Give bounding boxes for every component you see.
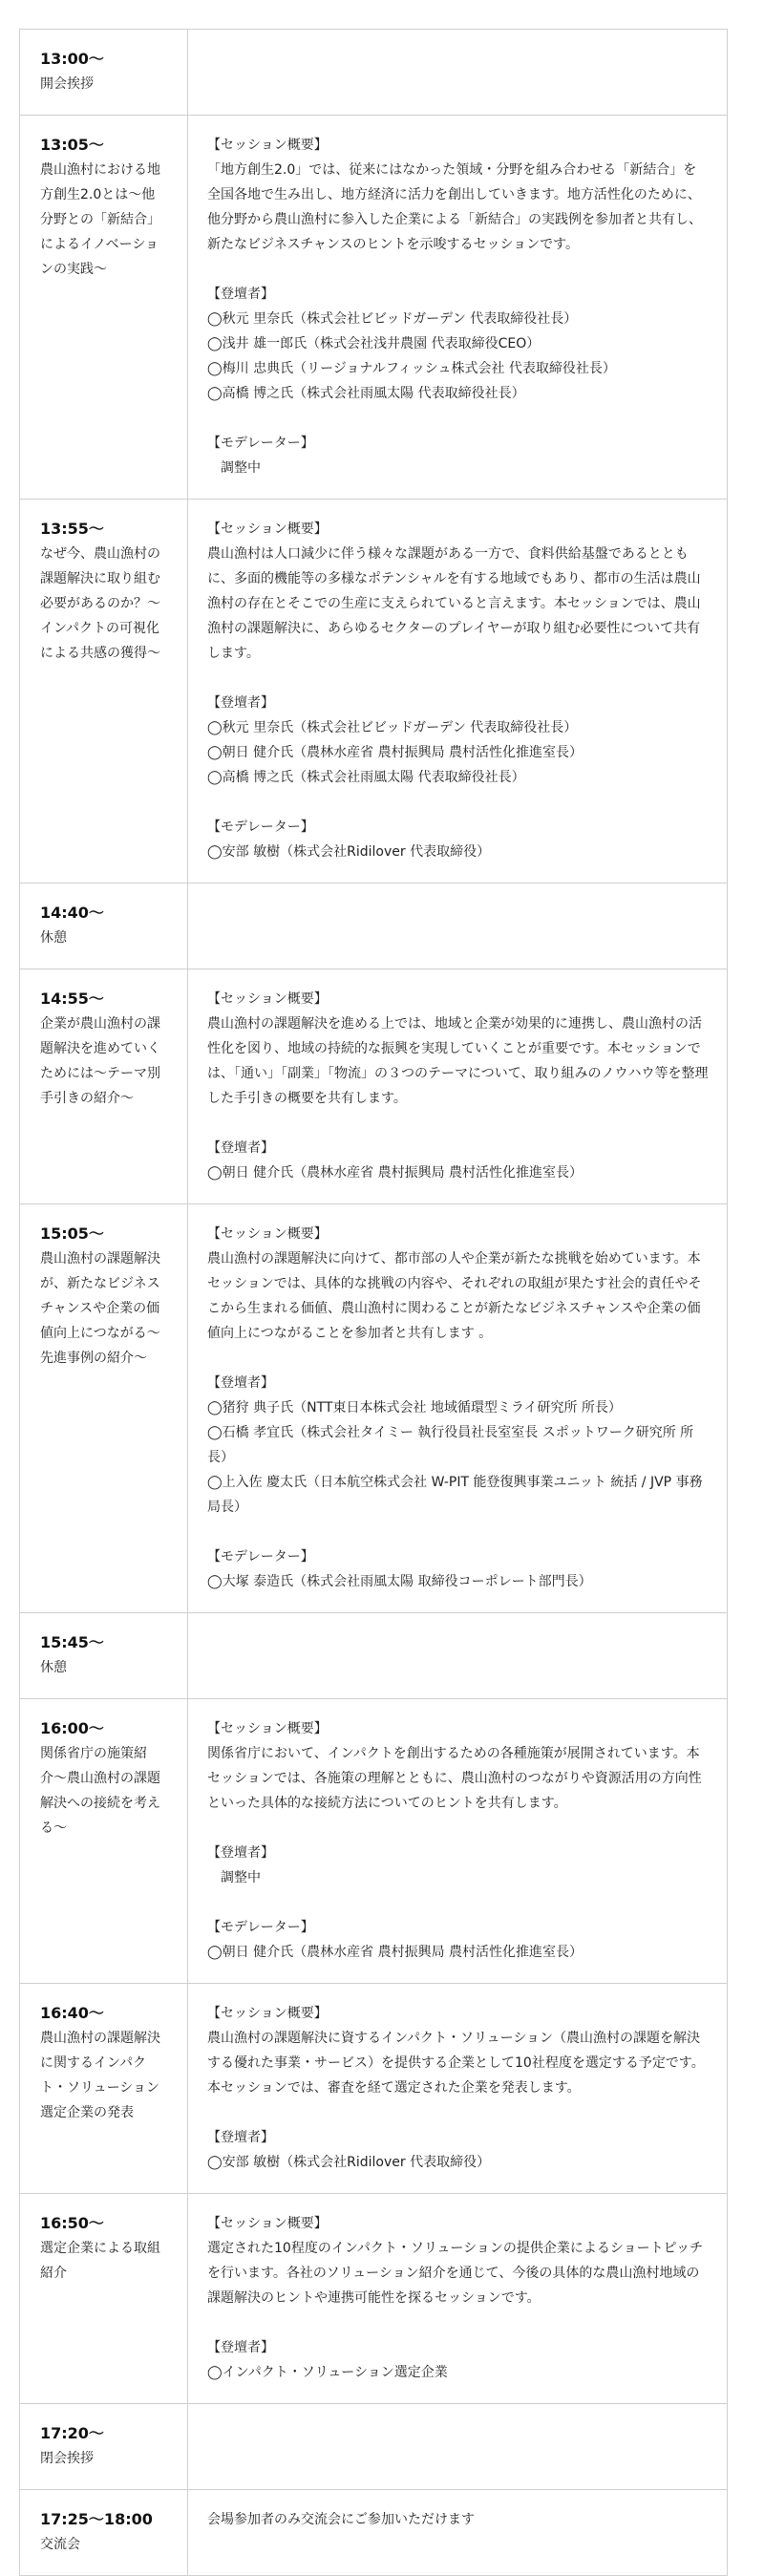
schedule-row: 17:20〜 閉会挨拶 xyxy=(20,2404,728,2490)
detail-cell: 【セッション概要】 農山漁村の課題解決に資するインパクト・ソリューション（農山漁… xyxy=(188,1984,728,2194)
session-time: 14:40〜 xyxy=(40,901,168,926)
session-time: 13:55〜 xyxy=(40,517,168,542)
session-time: 16:00〜 xyxy=(40,1716,168,1741)
detail-cell xyxy=(188,884,728,969)
session-time: 13:05〜 xyxy=(40,133,168,158)
spacer xyxy=(207,1816,710,1841)
program-schedule-table: 13:00〜 開会挨拶 13:05〜 農山漁村における地方創生2.0とは〜他分野… xyxy=(19,29,728,2576)
spacer xyxy=(207,406,710,431)
time-cell: 13:55〜 なぜ今、農山漁村の課題解決に取り組む必要があるのか？〜インパクトの… xyxy=(20,500,188,884)
speakers-heading: 【登壇者】 xyxy=(207,2335,710,2360)
moderator-heading: 【モデレーター】 xyxy=(207,1544,710,1569)
speaker: ◯梅川 忠典氏（リージョナルフィッシュ株式会社 代表取締役社長） xyxy=(207,356,710,381)
summary-heading: 【セッション概要】 xyxy=(207,517,710,542)
summary-heading: 【セッション概要】 xyxy=(207,133,710,158)
time-cell: 14:55〜 企業が農山漁村の課題解決を進めていくためには〜テーマ別手引きの紹介… xyxy=(20,969,188,1204)
moderator-pending: 調整中 xyxy=(207,456,710,480)
session-summary: 農山漁村は人口減少に伴う様々な課題がある一方で、食料供給基盤であるとともに、多面… xyxy=(207,542,710,666)
session-note: 会場参加者のみ交流会にご参加いただけます xyxy=(207,2507,710,2532)
moderator-heading: 【モデレーター】 xyxy=(207,815,710,840)
session-summary: 選定された10程度のインパクト・ソリューションの提供企業によるショートピッチを行… xyxy=(207,2236,710,2310)
moderator-heading: 【モデレーター】 xyxy=(207,431,710,456)
speaker: ◯朝日 健介氏（農林水産省 農村振興局 農村活性化推進室長） xyxy=(207,1160,710,1185)
session-summary: 「地方創生2.0」では、従来にはなかった領域・分野を組み合わせる「新結合」を全国… xyxy=(207,158,710,257)
detail-cell: 【セッション概要】 「地方創生2.0」では、従来にはなかった領域・分野を組み合わ… xyxy=(188,116,728,500)
speakers-heading: 【登壇者】 xyxy=(207,2125,710,2150)
spacer xyxy=(207,1520,710,1544)
speaker: ◯上入佐 慶太氏（日本航空株式会社 W-PIT 能登復興事業ユニット 統括 / … xyxy=(207,1470,710,1520)
moderator: ◯安部 敏樹（株式会社Ridilover 代表取締役） xyxy=(207,840,710,864)
spacer xyxy=(207,1111,710,1136)
session-title: 交流会 xyxy=(40,2532,168,2557)
session-title: 農山漁村における地方創生2.0とは〜他分野との「新結合」によるイノベーションの実… xyxy=(40,158,168,282)
detail-cell xyxy=(188,1613,728,1699)
session-time: 16:40〜 xyxy=(40,2001,168,2026)
schedule-row: 13:05〜 農山漁村における地方創生2.0とは〜他分野との「新結合」によるイノ… xyxy=(20,116,728,500)
summary-heading: 【セッション概要】 xyxy=(207,2001,710,2026)
session-title: 企業が農山漁村の課題解決を進めていくためには〜テーマ別手引きの紹介〜 xyxy=(40,1011,168,1111)
session-summary: 関係省庁において、インパクトを創出するための各種施策が展開されています。本セッシ… xyxy=(207,1741,710,1816)
session-title: 選定企業による取組紹介 xyxy=(40,2236,168,2286)
speaker: ◯高橋 博之氏（株式会社雨風太陽 代表取締役社長） xyxy=(207,765,710,790)
detail-cell: 会場参加者のみ交流会にご参加いただけます xyxy=(188,2490,728,2576)
schedule-row: 16:50〜 選定企業による取組紹介 【セッション概要】 選定された10程度のイ… xyxy=(20,2194,728,2404)
schedule-row: 13:55〜 なぜ今、農山漁村の課題解決に取り組む必要があるのか？〜インパクトの… xyxy=(20,500,728,884)
time-cell: 16:00〜 関係省庁の施策紹介〜農山漁村の課題解決への接続を考える〜 xyxy=(20,1699,188,1984)
spacer xyxy=(207,2100,710,2125)
speaker-pending: 調整中 xyxy=(207,1865,710,1890)
schedule-row: 14:40〜 休憩 xyxy=(20,884,728,969)
speaker: ◯秋元 里奈氏（株式会社ビビッドガーデン 代表取締役社長） xyxy=(207,715,710,740)
session-time: 15:05〜 xyxy=(40,1222,168,1246)
schedule-row: 16:00〜 関係省庁の施策紹介〜農山漁村の課題解決への接続を考える〜 【セッシ… xyxy=(20,1699,728,1984)
schedule-row: 15:45〜 休憩 xyxy=(20,1613,728,1699)
speaker: ◯秋元 里奈氏（株式会社ビビッドガーデン 代表取締役社長） xyxy=(207,307,710,331)
session-title: なぜ今、農山漁村の課題解決に取り組む必要があるのか？〜インパクトの可視化による共… xyxy=(40,542,168,666)
detail-cell: 【セッション概要】 選定された10程度のインパクト・ソリューションの提供企業によ… xyxy=(188,2194,728,2404)
spacer xyxy=(207,1890,710,1915)
time-cell: 16:40〜 農山漁村の課題解決に関するインパクト・ソリューション選定企業の発表 xyxy=(20,1984,188,2194)
detail-cell xyxy=(188,30,728,116)
speakers-heading: 【登壇者】 xyxy=(207,691,710,715)
session-title: 農山漁村の課題解決が、新たなビジネスチャンスや企業の価値向上につながる〜先進事例… xyxy=(40,1246,168,1371)
moderator: ◯大塚 泰造氏（株式会社雨風太陽 取締役コーポレート部門長） xyxy=(207,1569,710,1594)
speaker: ◯朝日 健介氏（農林水産省 農村振興局 農村活性化推進室長） xyxy=(207,740,710,765)
schedule-row: 16:40〜 農山漁村の課題解決に関するインパクト・ソリューション選定企業の発表… xyxy=(20,1984,728,2194)
summary-heading: 【セッション概要】 xyxy=(207,1222,710,1246)
session-title: 休憩 xyxy=(40,926,168,950)
time-cell: 15:05〜 農山漁村の課題解決が、新たなビジネスチャンスや企業の価値向上につな… xyxy=(20,1204,188,1613)
schedule-row: 14:55〜 企業が農山漁村の課題解決を進めていくためには〜テーマ別手引きの紹介… xyxy=(20,969,728,1204)
time-cell: 15:45〜 休憩 xyxy=(20,1613,188,1699)
moderator: ◯朝日 健介氏（農林水産省 農村振興局 農村活性化推進室長） xyxy=(207,1940,710,1965)
session-title: 農山漁村の課題解決に関するインパクト・ソリューション選定企業の発表 xyxy=(40,2026,168,2125)
detail-cell: 【セッション概要】 関係省庁において、インパクトを創出するための各種施策が展開さ… xyxy=(188,1699,728,1984)
time-cell: 13:05〜 農山漁村における地方創生2.0とは〜他分野との「新結合」によるイノ… xyxy=(20,116,188,500)
time-cell: 16:50〜 選定企業による取組紹介 xyxy=(20,2194,188,2404)
spacer xyxy=(207,666,710,691)
moderator-heading: 【モデレーター】 xyxy=(207,1915,710,1940)
summary-heading: 【セッション概要】 xyxy=(207,1716,710,1741)
session-time: 17:25〜18:00 xyxy=(40,2507,168,2532)
speaker: ◯浅井 雄一郎氏（株式会社浅井農園 代表取締役CEO） xyxy=(207,331,710,356)
speakers-heading: 【登壇者】 xyxy=(207,1841,710,1865)
session-summary: 農山漁村の課題解決に向けて、都市部の人や企業が新たな挑戦を始めています。本セッシ… xyxy=(207,1246,710,1346)
spacer xyxy=(207,257,710,282)
summary-heading: 【セッション概要】 xyxy=(207,2211,710,2236)
speakers-heading: 【登壇者】 xyxy=(207,1371,710,1395)
program-schedule-body: 13:00〜 開会挨拶 13:05〜 農山漁村における地方創生2.0とは〜他分野… xyxy=(20,30,728,2576)
detail-cell xyxy=(188,2404,728,2490)
detail-cell: 【セッション概要】 農山漁村は人口減少に伴う様々な課題がある一方で、食料供給基盤… xyxy=(188,500,728,884)
speakers-heading: 【登壇者】 xyxy=(207,282,710,307)
speaker: ◯高橋 博之氏（株式会社雨風太陽 代表取締役社長） xyxy=(207,381,710,406)
speaker: ◯安部 敏樹（株式会社Ridilover 代表取締役） xyxy=(207,2150,710,2175)
summary-heading: 【セッション概要】 xyxy=(207,987,710,1011)
time-cell: 17:20〜 閉会挨拶 xyxy=(20,2404,188,2490)
session-summary: 農山漁村の課題解決に資するインパクト・ソリューション（農山漁村の課題を解決する優… xyxy=(207,2026,710,2100)
spacer xyxy=(207,2310,710,2335)
time-cell: 17:25〜18:00 交流会 xyxy=(20,2490,188,2576)
session-title: 休憩 xyxy=(40,1655,168,1680)
session-time: 14:55〜 xyxy=(40,987,168,1011)
session-time: 16:50〜 xyxy=(40,2211,168,2236)
speaker: ◯猪狩 典子氏（NTT東日本株式会社 地域循環型ミライ研究所 所長） xyxy=(207,1395,710,1420)
schedule-row: 17:25〜18:00 交流会 会場参加者のみ交流会にご参加いただけます xyxy=(20,2490,728,2576)
session-title: 閉会挨拶 xyxy=(40,2446,168,2471)
session-time: 17:20〜 xyxy=(40,2421,168,2446)
speakers-heading: 【登壇者】 xyxy=(207,1136,710,1160)
session-summary: 農山漁村の課題解決を進める上では、地域と企業が効果的に連携し、農山漁村の活性化を… xyxy=(207,1011,710,1111)
schedule-row: 13:00〜 開会挨拶 xyxy=(20,30,728,116)
session-time: 13:00〜 xyxy=(40,47,168,72)
spacer xyxy=(207,1346,710,1371)
detail-cell: 【セッション概要】 農山漁村の課題解決を進める上では、地域と企業が効果的に連携し… xyxy=(188,969,728,1204)
schedule-row: 15:05〜 農山漁村の課題解決が、新たなビジネスチャンスや企業の価値向上につな… xyxy=(20,1204,728,1613)
speaker: ◯石橋 孝宜氏（株式会社タイミー 執行役員社長室室長 スポットワーク研究所 所長… xyxy=(207,1420,710,1470)
session-time: 15:45〜 xyxy=(40,1630,168,1655)
session-title: 開会挨拶 xyxy=(40,72,168,96)
time-cell: 14:40〜 休憩 xyxy=(20,884,188,969)
session-title: 関係省庁の施策紹介〜農山漁村の課題解決への接続を考える〜 xyxy=(40,1741,168,1841)
time-cell: 13:00〜 開会挨拶 xyxy=(20,30,188,116)
spacer xyxy=(207,790,710,815)
detail-cell: 【セッション概要】 農山漁村の課題解決に向けて、都市部の人や企業が新たな挑戦を始… xyxy=(188,1204,728,1613)
speaker: ◯インパクト・ソリューション選定企業 xyxy=(207,2360,710,2385)
